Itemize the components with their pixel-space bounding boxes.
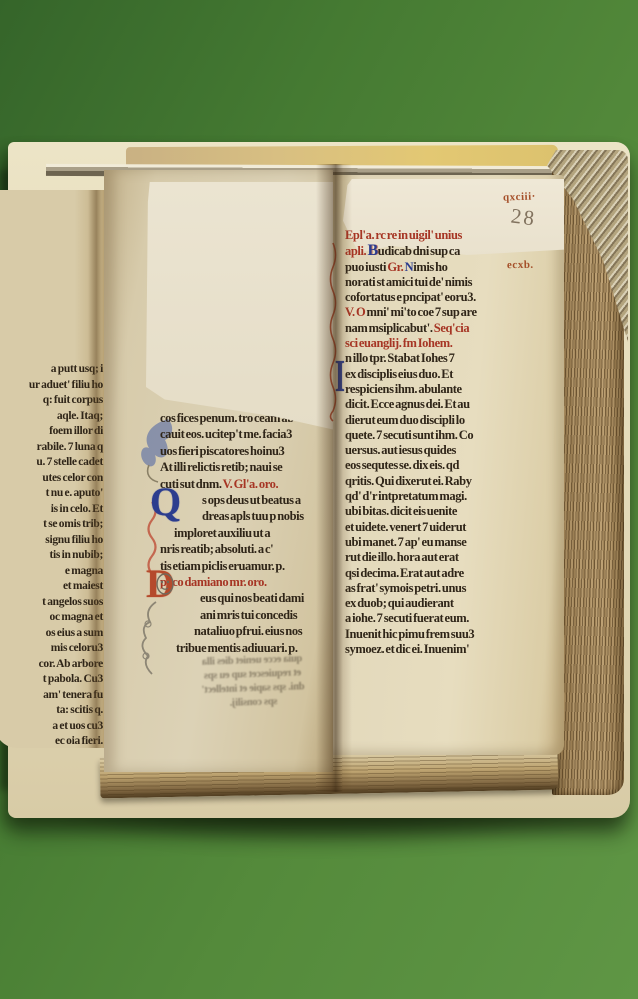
text-line: ani mris tui concedis: [200, 607, 334, 623]
text-segment: dreas apls tuu p nobis: [202, 509, 304, 523]
text-line: et uidete. venert 7 uiderut: [345, 520, 541, 535]
text-segment: Gr.: [387, 260, 404, 274]
text-segment: ubi bitas. dicit eis uenite: [345, 504, 457, 518]
text-line: cauit eos. ucitep't me. facia3: [160, 426, 334, 442]
text-segment: cofortatus e pncipat' eoru3.: [345, 290, 476, 304]
text-segment: cauit eos. ucitep't me. facia3: [160, 427, 292, 441]
text-line: symoez. et dic ei. Inuenim': [345, 642, 541, 657]
text-segment: imploret auxiliu ut a: [174, 526, 270, 540]
text-line: a iohe. 7 secuti fuerat eum.: [345, 611, 541, 626]
right-text-block: Epl'a. rc re in uigil' uniusapli. Budica…: [345, 228, 541, 657]
text-segment: sps consilij.: [230, 696, 278, 709]
text-line: norati st amici tui de' nimis: [345, 275, 541, 290]
text-segment: ex disciplis eius duo. Et: [345, 367, 453, 381]
text-line: p sco damiano mr. oro.: [160, 574, 334, 590]
text-line: uos fieri piscatores hoinu3: [160, 443, 334, 459]
text-segment: rut die illo. hora aut erat: [345, 550, 459, 564]
left-text-block: cos fices penum. tro ceam abcauit eos. u…: [160, 410, 334, 656]
text-line: Epl'a. rc re in uigil' unius: [345, 228, 541, 243]
text-segment: dicit. Ecce agnus dei. Et au: [345, 397, 470, 411]
margin-note-top: qxciii·: [503, 190, 536, 203]
text-line: rut die illo. hora aut erat: [345, 550, 541, 565]
text-segment: B: [368, 242, 378, 259]
text-segment: norati st amici tui de' nimis: [345, 275, 472, 289]
text-line: nataliuo pfrui. eius nos: [194, 623, 334, 639]
left-page: Q D cos fices penum. tro ceam abcauit eo…: [104, 170, 333, 772]
text-line: ex duob; qui audierant: [345, 596, 541, 611]
text-segment: At illi relictis retib; naui se: [160, 460, 282, 474]
text-line: ubi bitas. dicit eis uenite: [345, 504, 541, 519]
scene-background: a putt usq; iur aduet' filiu hoq: fuit c…: [0, 0, 638, 999]
text-segment: dierut eum duo discipli lo: [345, 413, 465, 427]
text-segment: udicab dni sup ca: [378, 244, 460, 258]
text-line: sci euanglij. fm Iohem.: [345, 336, 541, 351]
text-segment: nris reatib; absoluti. a c': [160, 542, 273, 556]
text-segment: tis etiam piclis eruamur. p.: [160, 559, 285, 573]
text-line: qritis. Qui dixerut ei. Raby: [345, 474, 541, 489]
text-segment: dni. sps sapie et intellect': [202, 681, 305, 696]
text-line: tis etiam piclis eruamur. p.: [160, 558, 334, 574]
text-segment: ani mris tui concedis: [200, 608, 297, 622]
text-segment: qd' d'r intpretatum magi.: [345, 489, 467, 503]
text-segment: nataliuo pfrui. eius nos: [194, 624, 302, 638]
drop-cap-q: Q: [150, 482, 181, 522]
text-segment: quete. 7 secuti sunt ihm. Co: [345, 428, 473, 442]
text-line: nris reatib; absoluti. a c': [160, 541, 334, 557]
text-segment: ubi manet. 7 ap' eu manse: [345, 535, 466, 549]
text-segment: uos fieri piscatores hoinu3: [160, 444, 284, 458]
text-line: At illi relictis retib; naui se: [160, 459, 334, 475]
text-line: dicit. Ecce agnus dei. Et au: [345, 397, 541, 412]
text-segment: mni' mi'to coe 7 sup are: [367, 305, 477, 319]
text-line: quete. 7 secuti sunt ihm. Co: [345, 428, 541, 443]
text-line: Inuenit hic pimu frem suu3: [345, 627, 541, 642]
text-segment: tribue mentis adiuuari. p.: [176, 641, 298, 655]
folio-number: 28: [510, 204, 538, 232]
text-line: n illo tpr. Stabat Iohes 7: [345, 351, 541, 366]
text-segment: et requiescet sup eu sps: [204, 667, 301, 681]
text-line: imploret auxiliu ut a: [174, 525, 334, 541]
text-line: eus qui nos beati dami: [200, 590, 334, 606]
text-segment: Seq'cia: [434, 321, 469, 335]
text-line: uersus. aut iesus quides: [345, 443, 541, 458]
right-page: qxciii· 28 ecxb. I Epl'a. rc re in uigil…: [333, 175, 564, 755]
text-line: nam msiplicabut'. Seq'cia: [345, 321, 541, 336]
text-segment: eos sequtes se. dix eis. qd: [345, 458, 459, 472]
text-line: as frat' symois petri. unus: [345, 581, 541, 596]
text-line: ex disciplis eius duo. Et: [345, 367, 541, 382]
gutter-shadow: [316, 164, 352, 792]
text-segment: ex duob; qui audierant: [345, 596, 454, 610]
page-fold-crease: [88, 190, 102, 748]
text-segment: nam msiplicabut'.: [345, 321, 434, 335]
text-segment: qsi decima. Erat aut adre: [345, 566, 464, 580]
text-segment: respiciens ihm. abulante: [345, 382, 462, 396]
text-segment: qritis. Qui dixerut ei. Raby: [345, 474, 472, 488]
text-segment: N: [405, 260, 414, 274]
text-line: ubi manet. 7 ap' eu manse: [345, 535, 541, 550]
margin-note-mid: ecxb.: [507, 259, 534, 271]
text-segment: p sco damiano mr. oro.: [160, 575, 267, 589]
text-segment: imis ho: [413, 260, 447, 274]
text-segment: et uidete. venert 7 uiderut: [345, 520, 466, 534]
underleaf-page: a putt usq; iur aduet' filiu hoq: fuit c…: [0, 190, 112, 748]
showthrough-text: quia ecce ueniet dies illaet requiescet …: [177, 651, 329, 712]
text-segment: uersus. aut iesus quides: [345, 443, 456, 457]
text-line: respiciens ihm. abulante: [345, 382, 541, 397]
text-line: cofortatus e pncipat' eoru3.: [345, 290, 541, 305]
text-line: qsi decima. Erat aut adre: [345, 566, 541, 581]
text-line: s ops deus ut beatus a: [202, 492, 334, 508]
face-doodle-icon: [154, 572, 176, 598]
book: a putt usq; iur aduet' filiu hoq: fuit c…: [8, 142, 630, 818]
text-line: tribue mentis adiuuari. p.: [176, 640, 334, 656]
text-line: qd' d'r intpretatum magi.: [345, 489, 541, 504]
text-segment: eus qui nos beati dami: [200, 591, 304, 605]
text-line: apli. Budicab dni sup ca: [345, 243, 541, 259]
text-line: V. O mni' mi'to coe 7 sup are: [345, 305, 541, 320]
text-segment: symoez. et dic ei. Inuenim': [345, 642, 469, 656]
text-segment: Inuenit hic pimu frem suu3: [345, 627, 474, 641]
text-segment: as frat' symois petri. unus: [345, 581, 466, 595]
text-line: cuti sut dnm. V. Gl'a. oro.: [160, 476, 334, 492]
text-line: eos sequtes se. dix eis. qd: [345, 458, 541, 473]
left-page-repair-patch: [146, 182, 333, 432]
text-segment: a iohe. 7 secuti fuerat eum.: [345, 611, 469, 625]
text-line: dierut eum duo discipli lo: [345, 413, 541, 428]
text-segment: n illo tpr. Stabat Iohes 7: [345, 351, 454, 365]
text-segment: V. Gl'a. oro.: [223, 477, 279, 491]
text-segment: s ops deus ut beatus a: [202, 493, 301, 507]
text-line: dreas apls tuu p nobis: [202, 508, 334, 524]
text-segment: sci euanglij. fm Iohem.: [345, 336, 452, 350]
text-segment: Epl'a. rc re in uigil' unius: [345, 228, 462, 242]
